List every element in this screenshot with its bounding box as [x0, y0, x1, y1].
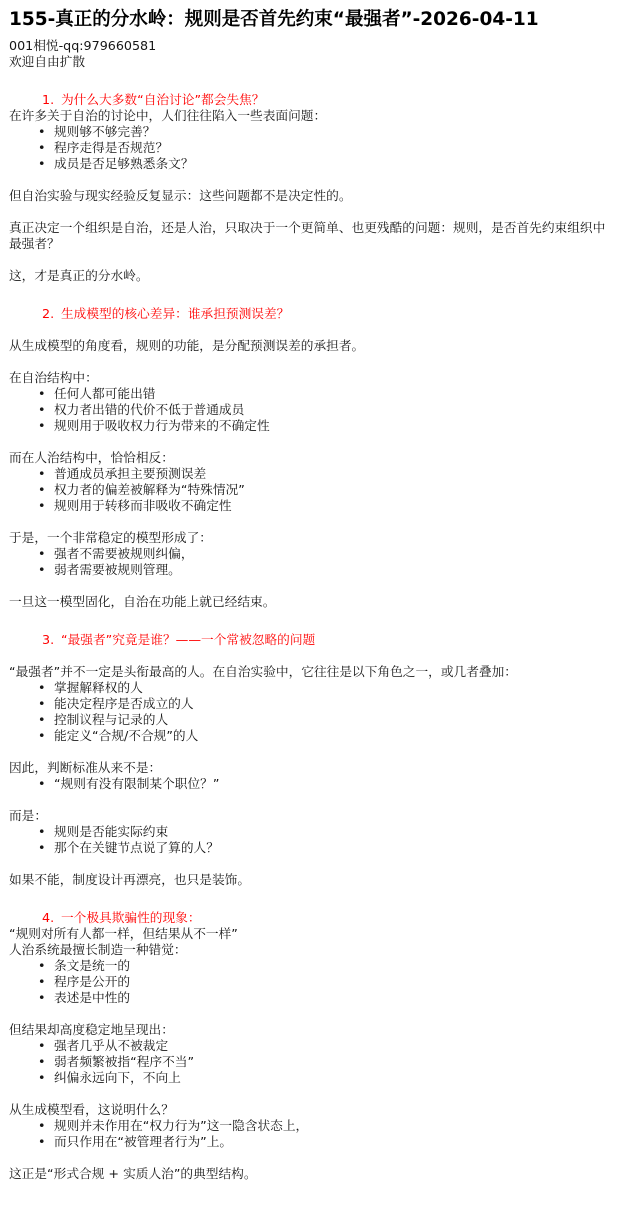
bullet-icon: •: [38, 728, 45, 744]
section-2-number: 2.: [42, 306, 61, 322]
bullet-icon: •: [38, 712, 45, 728]
bullet-list: •规则并未作用在“权力行为”这一隐含状态上， •而只作用在“被管理者行为”上。: [9, 1118, 610, 1150]
list-item: •能决定程序是否成立的人: [9, 696, 610, 712]
paragraph: 而是：: [9, 808, 610, 824]
list-item-text: 能定义“合规/不合规”的人: [54, 728, 198, 743]
paragraph: 一旦这一模型固化，自治在功能上就已经结束。: [9, 594, 610, 610]
document-page: 155-真正的分水岭：规则是否首先约束“最强者”-2026-04-11 001相…: [0, 0, 620, 1210]
list-item-text: 表述是中性的: [54, 990, 130, 1005]
list-item: •“规则有没有限制某个职位？”: [9, 776, 610, 792]
list-item-text: 能决定程序是否成立的人: [54, 696, 194, 711]
paragraph: 于是，一个非常稳定的模型形成了：: [9, 530, 610, 546]
bullet-icon: •: [38, 466, 45, 482]
list-item-text: 那个在关键节点说了算的人？: [54, 840, 219, 855]
paragraph: 真正决定一个组织是自治，还是人治，只取决于一个更简单、也更残酷的问题：规则，是否…: [9, 220, 610, 252]
list-item: •掌握解释权的人: [9, 680, 610, 696]
list-item: •强者几乎从不被裁定: [9, 1038, 610, 1054]
bullet-list: •强者几乎从不被裁定 •弱者频繁被指“程序不当” •纠偏永远向下，不向上: [9, 1038, 610, 1086]
bullet-icon: •: [38, 546, 45, 562]
bullet-list: •规则是否能实际约束 •那个在关键节点说了算的人？: [9, 824, 610, 856]
bullet-icon: •: [38, 696, 45, 712]
list-item-text: 掌握解释权的人: [54, 680, 143, 695]
list-item: •弱者需要被规则管理。: [9, 562, 610, 578]
bullet-icon: •: [38, 974, 45, 990]
bullet-icon: •: [38, 386, 45, 402]
section-2-heading: 2.生成模型的核心差异：谁承担预测误差？: [9, 306, 610, 322]
list-item-text: 程序走得是否规范？: [54, 140, 168, 155]
list-item: •成员是否足够熟悉条文？: [9, 156, 610, 172]
paragraph: 人治系统最擅长制造一种错觉：: [9, 942, 610, 958]
list-item-text: 规则用于吸收权力行为带来的不确定性: [54, 418, 270, 433]
list-item: •权力者的偏差被解释为“特殊情况”: [9, 482, 610, 498]
bullet-icon: •: [38, 958, 45, 974]
bullet-list: •普通成员承担主要预测误差 •权力者的偏差被解释为“特殊情况” •规则用于转移而…: [9, 466, 610, 514]
list-item: •弱者频繁被指“程序不当”: [9, 1054, 610, 1070]
bullet-icon: •: [38, 1070, 45, 1086]
paragraph: 从生成模型看，这说明什么？: [9, 1102, 610, 1118]
list-item: •任何人都可能出错: [9, 386, 610, 402]
list-item: •规则够不够完善？: [9, 124, 610, 140]
bullet-list: •强者不需要被规则纠偏， •弱者需要被规则管理。: [9, 546, 610, 578]
section-1-number: 1.: [42, 92, 61, 108]
paragraph: 在自治结构中：: [9, 370, 610, 386]
list-item: •权力者出错的代价不低于普通成员: [9, 402, 610, 418]
list-item-text: 普通成员承担主要预测误差: [54, 466, 206, 481]
section-4-heading: 4.一个极具欺骗性的现象：: [9, 910, 610, 926]
bullet-list: •规则够不够完善？ •程序走得是否规范？ •成员是否足够熟悉条文？: [9, 124, 610, 172]
list-item: •普通成员承担主要预测误差: [9, 466, 610, 482]
paragraph: 从生成模型的角度看，规则的功能，是分配预测误差的承担者。: [9, 338, 610, 354]
paragraph: 在许多关于自治的讨论中，人们往往陷入一些表面问题：: [9, 108, 610, 124]
list-item: •规则并未作用在“权力行为”这一隐含状态上，: [9, 1118, 610, 1134]
share-line: 欢迎自由扩散: [9, 54, 610, 70]
quote-line: “规则对所有人都一样，但结果从不一样”: [9, 926, 610, 942]
bullet-icon: •: [38, 680, 45, 696]
list-item: •强者不需要被规则纠偏，: [9, 546, 610, 562]
list-item: •纠偏永远向下，不向上: [9, 1070, 610, 1086]
bullet-icon: •: [38, 1054, 45, 1070]
bullet-icon: •: [38, 824, 45, 840]
list-item-text: 强者几乎从不被裁定: [54, 1038, 168, 1053]
paragraph: 因此，判断标准从来不是：: [9, 760, 610, 776]
list-item: •规则用于转移而非吸收不确定性: [9, 498, 610, 514]
bullet-icon: •: [38, 156, 45, 172]
contact-line: 001相悦-qq:979660581: [9, 38, 610, 54]
paragraph: 这，才是真正的分水岭。: [9, 268, 610, 284]
list-item-text: 弱者需要被规则管理。: [54, 562, 181, 577]
section-1-heading-text: 为什么大多数“自治讨论”都会失焦？: [61, 92, 264, 107]
section-4-heading-text: 一个极具欺骗性的现象：: [61, 910, 201, 925]
list-item-text: 规则够不够完善？: [54, 124, 156, 139]
paragraph: 而在人治结构中，恰恰相反：: [9, 450, 610, 466]
paragraph: 但结果却高度稳定地呈现出：: [9, 1022, 610, 1038]
list-item-text: 规则用于转移而非吸收不确定性: [54, 498, 232, 513]
bullet-icon: •: [38, 1134, 45, 1150]
bullet-icon: •: [38, 840, 45, 856]
doc-title: 155-真正的分水岭：规则是否首先约束“最强者”-2026-04-11: [9, 8, 610, 31]
bullet-icon: •: [38, 418, 45, 434]
list-item-text: 而只作用在“被管理者行为”上。: [54, 1134, 232, 1149]
list-item: •而只作用在“被管理者行为”上。: [9, 1134, 610, 1150]
bullet-list: •任何人都可能出错 •权力者出错的代价不低于普通成员 •规则用于吸收权力行为带来…: [9, 386, 610, 434]
list-item: •表述是中性的: [9, 990, 610, 1006]
list-item-text: 条文是统一的: [54, 958, 130, 973]
bullet-icon: •: [38, 1118, 45, 1134]
section-1-heading: 1.为什么大多数“自治讨论”都会失焦？: [9, 92, 610, 108]
bullet-icon: •: [38, 498, 45, 514]
list-item-text: 权力者的偏差被解释为“特殊情况”: [54, 482, 245, 497]
list-item-text: 权力者出错的代价不低于普通成员: [54, 402, 244, 417]
section-2-heading-text: 生成模型的核心差异：谁承担预测误差？: [61, 306, 289, 321]
list-item-text: 规则并未作用在“权力行为”这一隐含状态上，: [54, 1118, 308, 1133]
list-item-text: 纠偏永远向下，不向上: [54, 1070, 181, 1085]
list-item: •控制议程与记录的人: [9, 712, 610, 728]
list-item: •能定义“合规/不合规”的人: [9, 728, 610, 744]
list-item-text: 任何人都可能出错: [54, 386, 156, 401]
list-item-text: 成员是否足够熟悉条文？: [54, 156, 194, 171]
bullet-icon: •: [38, 776, 45, 792]
list-item-text: 程序是公开的: [54, 974, 130, 989]
bullet-list: •掌握解释权的人 •能决定程序是否成立的人 •控制议程与记录的人 •能定义“合规…: [9, 680, 610, 744]
list-item-text: 弱者频繁被指“程序不当”: [54, 1054, 194, 1069]
section-3-number: 3.: [42, 632, 61, 648]
bullet-icon: •: [38, 990, 45, 1006]
list-item: •那个在关键节点说了算的人？: [9, 840, 610, 856]
bullet-list: •条文是统一的 •程序是公开的 •表述是中性的: [9, 958, 610, 1006]
paragraph: “最强者”并不一定是头衔最高的人。在自治实验中，它往往是以下角色之一，或几者叠加…: [9, 664, 610, 680]
section-4-number: 4.: [42, 910, 61, 926]
section-3-heading-text: “最强者”究竟是谁？——一个常被忽略的问题: [61, 632, 315, 647]
paragraph: 这正是“形式合规 + 实质人治”的典型结构。: [9, 1166, 610, 1182]
list-item: •规则是否能实际约束: [9, 824, 610, 840]
bullet-icon: •: [38, 124, 45, 140]
list-item: •规则用于吸收权力行为带来的不确定性: [9, 418, 610, 434]
bullet-list: •“规则有没有限制某个职位？”: [9, 776, 610, 792]
bullet-icon: •: [38, 140, 45, 156]
list-item: •程序走得是否规范？: [9, 140, 610, 156]
list-item-text: 规则是否能实际约束: [54, 824, 168, 839]
bullet-icon: •: [38, 482, 45, 498]
bullet-icon: •: [38, 402, 45, 418]
bullet-icon: •: [38, 1038, 45, 1054]
list-item: •程序是公开的: [9, 974, 610, 990]
paragraph: 但自治实验与现实经验反复显示：这些问题都不是决定性的。: [9, 188, 610, 204]
paragraph: 如果不能，制度设计再漂亮，也只是装饰。: [9, 872, 610, 888]
list-item-text: “规则有没有限制某个职位？”: [54, 776, 219, 791]
bullet-icon: •: [38, 562, 45, 578]
section-3-heading: 3.“最强者”究竟是谁？——一个常被忽略的问题: [9, 632, 610, 648]
list-item: •条文是统一的: [9, 958, 610, 974]
list-item-text: 强者不需要被规则纠偏，: [54, 546, 194, 561]
list-item-text: 控制议程与记录的人: [54, 712, 168, 727]
